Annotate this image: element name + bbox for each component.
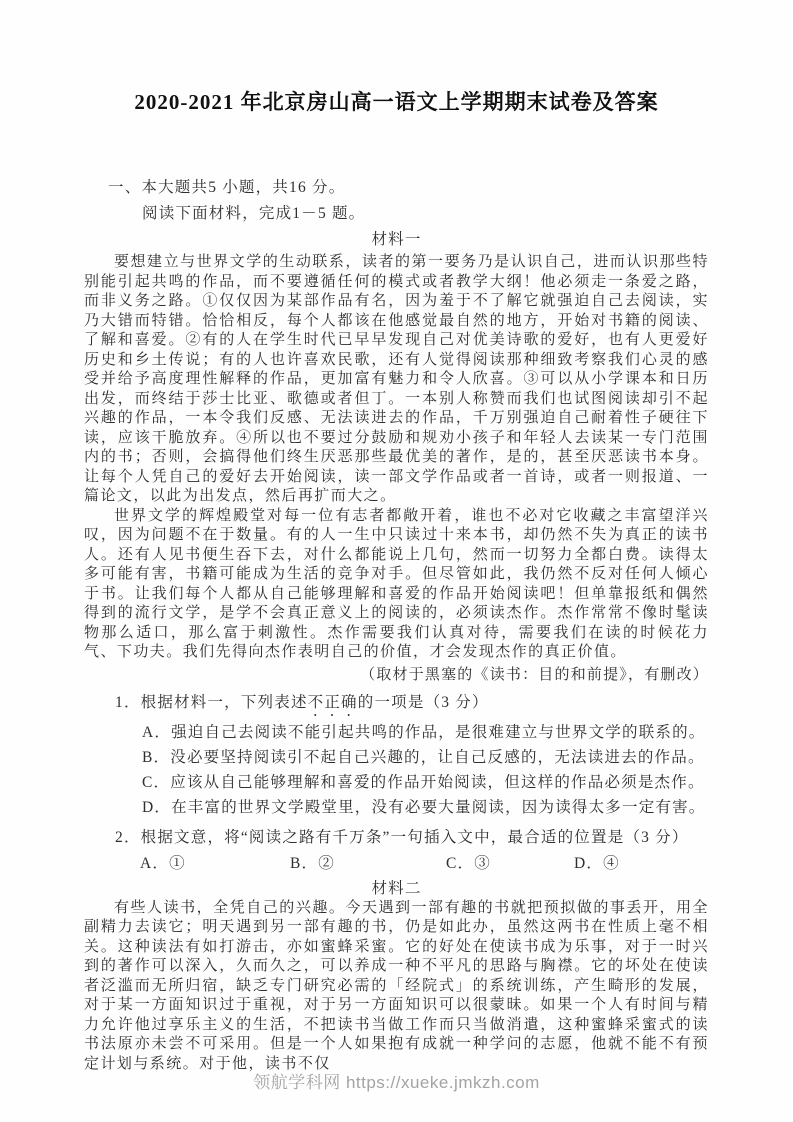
question-1-emphasized-text: 不正确 xyxy=(308,694,358,711)
watermark-url: https://xueke.jmkzh.com xyxy=(346,1073,540,1092)
question-1-stem-post: 的一项是（3 分） xyxy=(358,694,489,711)
question-2-option-d: D．④ xyxy=(574,851,620,877)
section-one-heading: 一、本大题共5 小题，共16 分。 xyxy=(108,175,709,201)
question-1-stem: 1．根据材料一，下列表述不正确的一项是（3 分） xyxy=(115,689,709,720)
page-title: 2020-2021 年北京房山高一语文上学期期末试卷及答案 xyxy=(84,88,709,117)
question-1-stem-pre: 1．根据材料一，下列表述 xyxy=(115,694,308,711)
question-2-option-b: B．② xyxy=(290,851,446,877)
question-1-option-c: C．应该从自己能够理解和喜爱的作品开始阅读，但这样的作品必须是杰作。 xyxy=(142,770,709,795)
material-one-paragraph-2: 世界文学的辉煌殿堂对每一位有志者都敞开着，谁也不必对它收藏之丰富望洋兴叹，因为问… xyxy=(84,507,709,663)
question-2-options: A．① B．② C．③ D．④ xyxy=(140,851,709,877)
exam-document-page: 2020-2021 年北京房山高一语文上学期期末试卷及答案 一、本大题共5 小题… xyxy=(0,0,793,1122)
material-two-paragraph-1: 有些人读书，全凭自己的兴趣。今天遇到一部有趣的书就把预拟做的事丢开，用全副精力去… xyxy=(84,899,709,1075)
question-2-option-a: A．① xyxy=(140,851,290,877)
material-one-paragraph-1: 要想建立与世界文学的生动联系，读者的第一要务乃是认识自己，进而认识那些特别能引起… xyxy=(84,253,709,507)
material-two-label: 材料二 xyxy=(84,879,709,899)
question-2-option-c: C．③ xyxy=(446,851,574,877)
watermark-site-name: 领航学科网 xyxy=(253,1073,341,1092)
watermark-footer: 领航学科网 https://xueke.jmkzh.com xyxy=(0,1072,793,1094)
material-one-attribution: （取材于黑塞的《读书：目的和前提》，有删改） xyxy=(84,665,709,685)
question-2-stem: 2．根据文意，将“阅读之路有千万条”一句插入文中，最合适的位置是（3 分） xyxy=(115,824,709,851)
document-content: 2020-2021 年北京房山高一语文上学期期末试卷及答案 一、本大题共5 小题… xyxy=(84,0,709,1074)
material-one-label: 材料一 xyxy=(84,227,709,253)
question-1-option-a: A．强迫自己去阅读不能引起共鸣的作品，是很难建立与世界文学的联系的。 xyxy=(142,720,709,745)
section-one-intro: 阅读下面材料，完成1－5 题。 xyxy=(142,201,709,227)
question-1-option-d: D．在丰富的世界文学殿堂里，没有必要大量阅读，因为读得太多一定有害。 xyxy=(142,795,709,820)
question-1-option-b: B．没必要坚持阅读引不起自己兴趣的，让自己反感的，无法读进去的作品。 xyxy=(142,745,709,770)
